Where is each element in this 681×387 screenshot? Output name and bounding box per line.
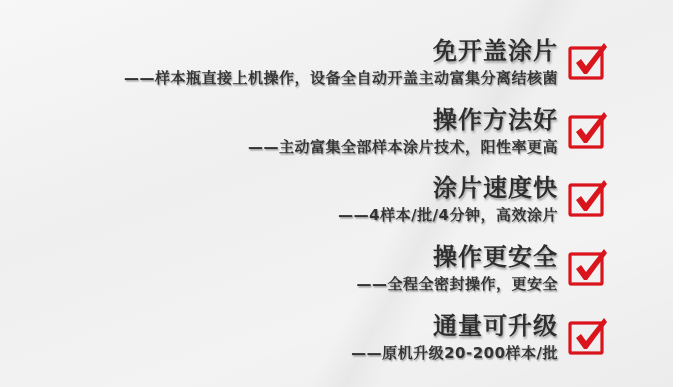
checkbox-checked-icon [568, 111, 608, 151]
feature-subtitle: ——样本瓶直接上机操作，设备全自动开盖主动富集分离结核菌 [124, 69, 558, 87]
checkbox-checked-icon [568, 42, 608, 82]
feature-item-good-method: 操作方法好 ——主动富集全部样本涂片技术，阳性率更高 [0, 106, 681, 166]
feature-text: 通量可升级 ——原机升级20-200样本/批 [351, 312, 558, 362]
feature-title: 操作方法好 [248, 106, 558, 134]
feature-subtitle: ——主动富集全部样本涂片技术，阳性率更高 [248, 138, 558, 156]
feature-text: 免开盖涂片 ——样本瓶直接上机操作，设备全自动开盖主动富集分离结核菌 [124, 37, 558, 87]
checkbox-checked-icon [568, 317, 608, 357]
feature-item-fast-smear: 涂片速度快 ——4样本/批/4分钟，高效涂片 [0, 174, 681, 234]
checkbox-checked-icon [568, 248, 608, 288]
feature-subtitle: ——4样本/批/4分钟，高效涂片 [338, 206, 558, 224]
feature-subtitle: ——全程全密封操作，更安全 [356, 275, 558, 293]
feature-title: 涂片速度快 [338, 174, 558, 202]
feature-item-safer: 操作更安全 ——全程全密封操作，更安全 [0, 243, 681, 303]
feature-title: 通量可升级 [351, 312, 558, 340]
feature-text: 操作更安全 ——全程全密封操作，更安全 [356, 243, 558, 293]
feature-list: 免开盖涂片 ——样本瓶直接上机操作，设备全自动开盖主动富集分离结核菌 操作方法好… [0, 0, 681, 387]
checkbox-checked-icon [568, 179, 608, 219]
feature-subtitle: ——原机升级20-200样本/批 [351, 344, 558, 362]
feature-title: 免开盖涂片 [124, 37, 558, 65]
feature-title: 操作更安全 [356, 243, 558, 271]
feature-item-upgradable-throughput: 通量可升级 ——原机升级20-200样本/批 [0, 312, 681, 372]
feature-text: 操作方法好 ——主动富集全部样本涂片技术，阳性率更高 [248, 106, 558, 156]
feature-text: 涂片速度快 ——4样本/批/4分钟，高效涂片 [338, 174, 558, 224]
feature-item-no-cap-smear: 免开盖涂片 ——样本瓶直接上机操作，设备全自动开盖主动富集分离结核菌 [0, 37, 681, 97]
